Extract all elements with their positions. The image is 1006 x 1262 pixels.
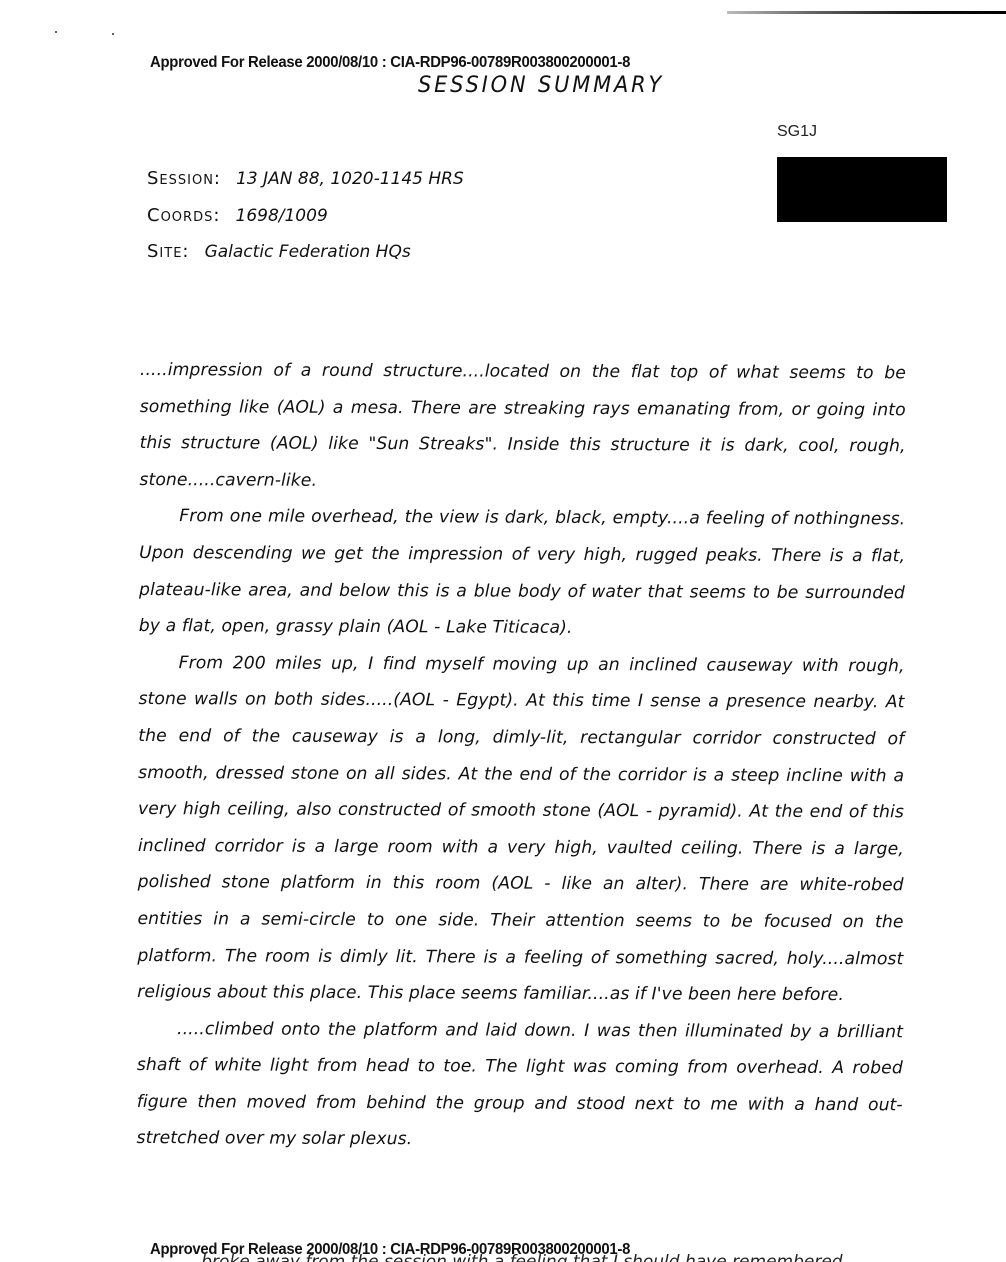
- site-label: Site:: [147, 241, 189, 262]
- document-id: SG1J: [777, 123, 817, 141]
- scan-speck: [112, 33, 114, 35]
- coords-value: 1698/1009: [236, 206, 328, 226]
- document-title: SESSION SUMMARY: [418, 73, 664, 98]
- session-field: Session: 13 JAN 88, 1020-1145 HRS: [147, 168, 464, 189]
- redaction-block: [777, 157, 947, 222]
- paragraph-1: .....impression of a round structure....…: [139, 352, 906, 502]
- session-narrative: .....impression of a round structure....…: [136, 352, 906, 1160]
- paragraph-4: .....climbed onto the platform and laid …: [136, 1011, 903, 1161]
- coords-field: Coords: 1698/1009: [147, 205, 328, 226]
- release-stamp-top: Approved For Release 2000/08/10 : CIA-RD…: [150, 54, 630, 72]
- scan-speck: [55, 31, 57, 33]
- paragraph-3: From 200 miles up, I find myself moving …: [137, 645, 905, 1014]
- release-stamp-bottom: Approved For Release 2000/08/10 : CIA-RD…: [150, 1241, 630, 1259]
- session-value: 13 JAN 88, 1020-1145 HRS: [236, 169, 464, 189]
- session-label: Session:: [147, 168, 221, 189]
- site-field: Site: Galactic Federation HQs: [147, 241, 411, 262]
- paragraph-2: From one mile overhead, the view is dark…: [139, 498, 906, 648]
- site-value: Galactic Federation HQs: [205, 242, 411, 262]
- coords-label: Coords:: [147, 205, 220, 226]
- scan-artifact-line: [727, 11, 1006, 14]
